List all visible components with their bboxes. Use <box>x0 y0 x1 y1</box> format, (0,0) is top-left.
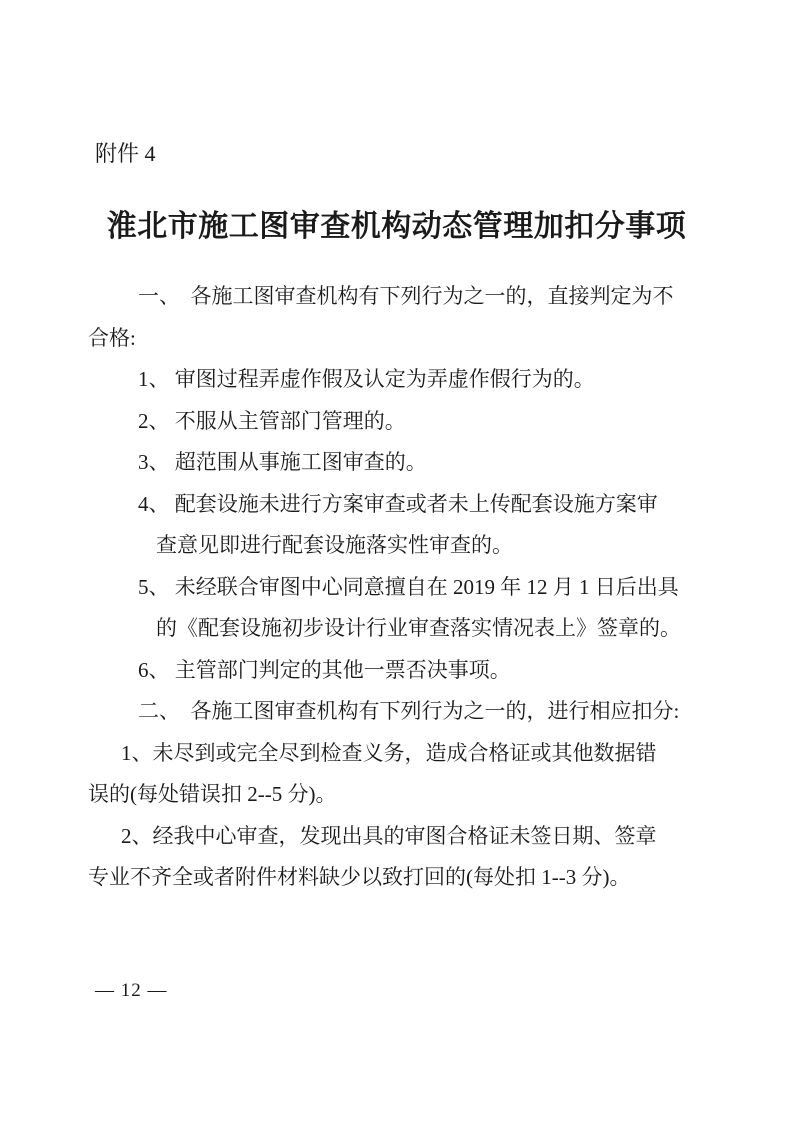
document-title: 淮北市施工图审查机构动态管理加扣分事项 <box>0 207 793 247</box>
body-line: 2、 不服从主管部门管理的。 <box>88 401 707 443</box>
body-line: 6、 主管部门判定的其他一票否决事项。 <box>88 650 707 692</box>
attachment-label: 附件 4 <box>95 140 156 168</box>
page-number: — 12 — <box>95 980 168 1002</box>
body-line: 二、 各施工图审查机构有下列行为之一的，进行相应扣分: <box>88 691 707 733</box>
body-line: 合格: <box>88 318 707 360</box>
body-line: 1、 审图过程弄虚作假及认定为弄虚作假行为的。 <box>88 359 707 401</box>
body-line: 4、 配套设施未进行方案审查或者未上传配套设施方案审 <box>88 484 707 526</box>
body-line: 2、经我中心审查，发现出具的审图合格证未签日期、签章 <box>88 816 707 858</box>
body-line: 误的(每处错误扣 2--5 分)。 <box>88 774 707 816</box>
body-line: 查意见即进行配套设施落实性审查的。 <box>88 525 707 567</box>
body-line: 1、未尽到或完全尽到检查义务，造成合格证或其他数据错 <box>88 733 707 775</box>
body-line: 专业不齐全或者附件材料缺少以致打回的(每处扣 1--3 分)。 <box>88 857 707 899</box>
document-page: 附件 4 淮北市施工图审查机构动态管理加扣分事项 一、 各施工图审查机构有下列行… <box>0 0 793 1122</box>
body-line: 5、 未经联合审图中心同意擅自在 2019 年 12 月 1 日后出具 <box>88 567 707 609</box>
body-line: 的《配套设施初步设计行业审查落实情况表上》签章的。 <box>88 608 707 650</box>
body-line: 3、 超范围从事施工图审查的。 <box>88 442 707 484</box>
document-body: 一、 各施工图审查机构有下列行为之一的，直接判定为不 合格: 1、 审图过程弄虚… <box>88 276 707 899</box>
body-line: 一、 各施工图审查机构有下列行为之一的，直接判定为不 <box>88 276 707 318</box>
